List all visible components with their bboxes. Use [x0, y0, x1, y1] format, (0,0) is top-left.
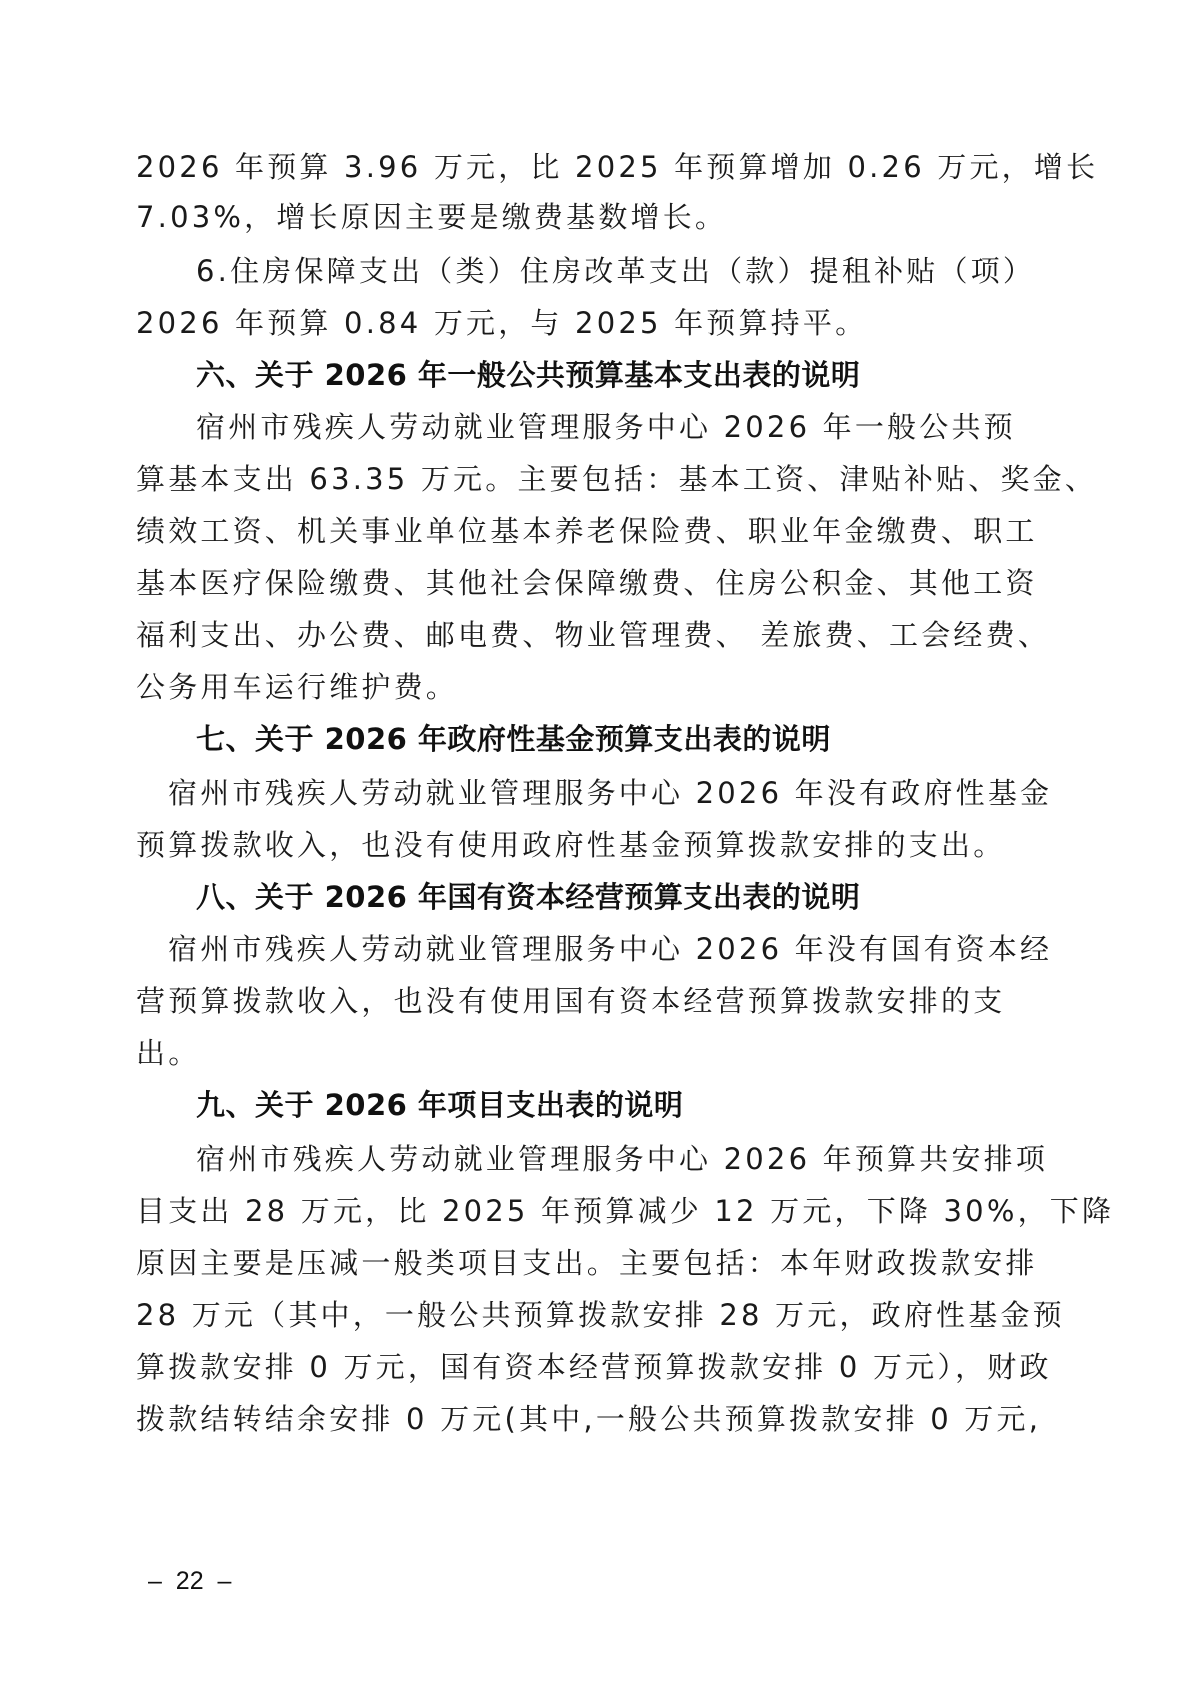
document-page: 2026 年预算 3.96 万元，比 2025 年预算增加 0.26 万元，增长… — [0, 0, 1190, 1683]
page-number: – 22 – — [148, 1566, 231, 1596]
body-line: 目支出 28 万元，比 2025 年预算减少 12 万元，下降 30%，下降 — [136, 1194, 956, 1228]
body-line: 拨款结转结余安排 0 万元(其中,一般公共预算拨款安排 0 万元, — [136, 1402, 956, 1436]
section-heading-6: 六、关于 2026 年一般公共预算基本支出表的说明 — [196, 358, 860, 392]
body-line: 公务用车运行维护费。 — [136, 670, 956, 704]
body-line: 算拨款安排 0 万元，国有资本经营预算拨款安排 0 万元），财政 — [136, 1350, 956, 1384]
body-line: 宿州市残疾人劳动就业管理服务中心 2026 年一般公共预 — [196, 410, 956, 444]
body-line: 7.03%，增长原因主要是缴费基数增长。 — [136, 200, 956, 234]
section-heading-7: 七、关于 2026 年政府性基金预算支出表的说明 — [196, 722, 831, 756]
body-line: 绩效工资、机关事业单位基本养老保险费、职业年金缴费、职工 — [136, 514, 956, 548]
body-line: 2026 年预算 0.84 万元，与 2025 年预算持平。 — [136, 306, 956, 340]
body-line: 福利支出、办公费、邮电费、物业管理费、 差旅费、工会经费、 — [136, 618, 956, 652]
body-line: 算基本支出 63.35 万元。主要包括：基本工资、津贴补贴、奖金、 — [136, 462, 956, 496]
body-line: 宿州市残疾人劳动就业管理服务中心 2026 年预算共安排项 — [196, 1142, 956, 1176]
body-line: 宿州市残疾人劳动就业管理服务中心 2026 年没有政府性基金 — [168, 776, 958, 810]
body-line: 2026 年预算 3.96 万元，比 2025 年预算增加 0.26 万元，增长 — [136, 150, 956, 184]
body-line: 宿州市残疾人劳动就业管理服务中心 2026 年没有国有资本经 — [168, 932, 958, 966]
body-line: 营预算拨款收入，也没有使用国有资本经营预算拨款安排的支 — [136, 984, 956, 1018]
body-line: 出。 — [136, 1036, 956, 1070]
section-heading-9: 九、关于 2026 年项目支出表的说明 — [196, 1088, 683, 1122]
section-heading-8: 八、关于 2026 年国有资本经营预算支出表的说明 — [196, 880, 860, 914]
body-line: 28 万元（其中，一般公共预算拨款安排 28 万元，政府性基金预 — [136, 1298, 956, 1332]
body-line: 基本医疗保险缴费、其他社会保障缴费、住房公积金、其他工资 — [136, 566, 956, 600]
body-line: 原因主要是压减一般类项目支出。主要包括：本年财政拨款安排 — [136, 1246, 956, 1280]
list-item-housing: 6.住房保障支出（类）住房改革支出（款）提租补贴（项） — [196, 254, 956, 288]
body-line: 预算拨款收入，也没有使用政府性基金预算拨款安排的支出。 — [136, 828, 956, 862]
